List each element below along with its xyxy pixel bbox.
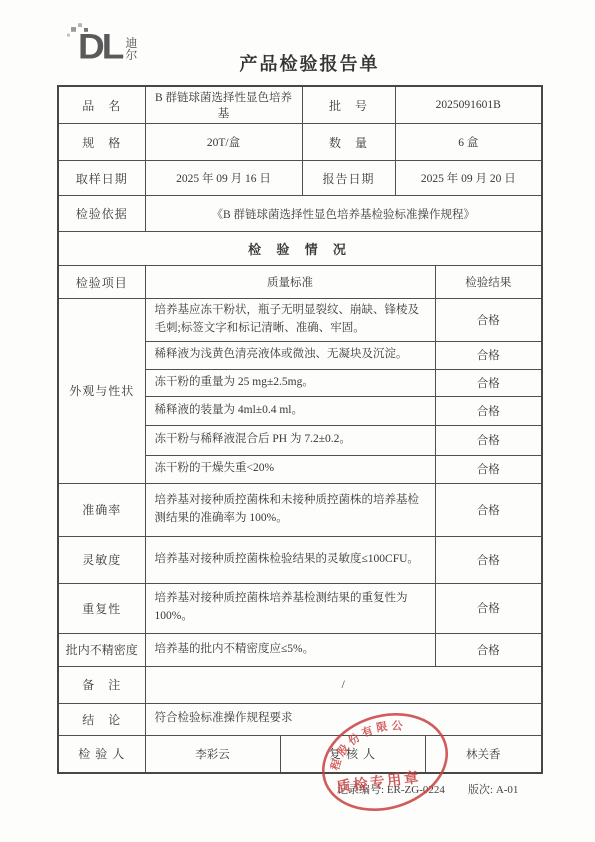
header-standard: 质量标准 [145,266,435,299]
inspection-basis-value: 《B 群链球菌选择性显色培养基检验标准操作规程》 [145,196,542,232]
table-row: 外观与性状 培养基应冻干粉状，瓶子无明显裂纹、崩缺、锋棱及毛刺;标签文字和标记清… [58,299,542,342]
table-row: 检验依据 《B 群链球菌选择性显色培养基检验标准操作规程》 [58,196,542,232]
quantity-label: 数 量 [302,124,395,161]
standard-cell: 冻干粉的干燥失重<20% [145,455,435,483]
logo-pixel-dot [84,28,88,32]
standard-cell: 培养基对接种质控菌株和未接种质控菌株的培养基检测结果的准确率为 100%。 [145,483,435,536]
report-date-label: 报告日期 [302,161,395,196]
result-cell: 合格 [435,299,542,342]
version-value: A-01 [496,784,519,796]
page-title: 产品检验报告单 [12,50,595,76]
standard-cell: 培养基应冻干粉状，瓶子无明显裂纹、崩缺、锋棱及毛刺;标签文字和标记清晰、准确、牢… [145,299,435,342]
remark-label: 备 注 [58,666,145,703]
header-item: 检验项目 [58,266,145,299]
conclusion-label: 结 论 [58,703,145,735]
inspector-name: 李彩云 [145,735,280,773]
conclusion-value: 符合检验标准操作规程要求 [145,703,542,735]
table-row: 取样日期 2025 年 09 月 16 日 报告日期 2025 年 09 月 2… [58,161,542,196]
header-result: 检验结果 [435,266,542,299]
batch-no-label: 批 号 [302,86,395,124]
accuracy-item-cell: 准确率 [58,483,145,536]
standard-cell: 培养基对接种质控菌株培养基检测结果的重复性为 100%。 [145,583,435,633]
table-row: 准确率 培养基对接种质控菌株和未接种质控菌株的培养基检测结果的准确率为 100%… [58,483,542,536]
section-title: 检 验 情 况 [58,232,542,266]
table-row: 批内不精密度 培养基的批内不精密度应≤5%。 合格 [58,633,542,666]
sampling-date-value: 2025 年 09 月 16 日 [145,161,302,196]
version-label: 版次: [468,784,493,796]
report-page: DL 迪 尔 产品检验报告单 品 名 B 群链球菌选择性显色培养基 批 号 20… [0,0,595,842]
table-row: 重复性 培养基对接种质控菌株培养基检测结果的重复性为 100%。 合格 [58,583,542,633]
result-cell: 合格 [435,455,542,483]
result-cell: 合格 [435,536,542,583]
result-cell: 合格 [435,396,542,425]
quantity-value: 6 盒 [395,124,542,161]
logo-pixel-dot [71,27,76,32]
result-cell: 合格 [435,633,542,666]
remark-value: / [145,666,542,703]
standard-cell: 冻干粉与稀释液混合后 PH 为 7.2±0.2。 [145,425,435,455]
result-cell: 合格 [435,341,542,369]
inspector-label: 检 验 人 [58,735,145,773]
spec-value: 20T/盒 [145,124,302,161]
table-row: 灵敏度 培养基对接种质控菌株检验结果的灵敏度≤100CFU。 合格 [58,536,542,583]
result-cell: 合格 [435,583,542,633]
column-header-row: 检验项目 质量标准 检验结果 [58,266,542,299]
report-date-value: 2025 年 09 月 20 日 [395,161,542,196]
table-row: 结 论 符合检验标准操作规程要求 [58,703,542,735]
repeatability-item-cell: 重复性 [58,583,145,633]
standard-cell: 稀释液为浅黄色清亮液体或微浊、无凝块及沉淀。 [145,341,435,369]
standard-cell: 培养基的批内不精密度应≤5%。 [145,633,435,666]
logo-pixel-dot [67,34,70,37]
table-row: 品 名 B 群链球菌选择性显色培养基 批 号 2025091601B [58,86,542,124]
standard-cell: 稀释液的装量为 4ml±0.4 ml。 [145,396,435,425]
batch-no-value: 2025091601B [395,86,542,124]
standard-cell: 冻干粉的重量为 25 mg±2.5mg。 [145,369,435,396]
sampling-date-label: 取样日期 [58,161,145,196]
logo-pixel-dot [78,23,82,27]
inspection-basis-label: 检验依据 [58,196,145,232]
report-table: 品 名 B 群链球菌选择性显色培养基 批 号 2025091601B 规 格 2… [57,85,543,774]
sensitivity-item-cell: 灵敏度 [58,536,145,583]
section-header-row: 检 验 情 况 [58,232,542,266]
spec-label: 规 格 [58,124,145,161]
result-cell: 合格 [435,483,542,536]
signature-row: 检 验 人 李彩云 复 核 人 林关香 [58,735,542,773]
reviewer-name: 林关香 [425,735,542,773]
product-name-label: 品 名 [58,86,145,124]
product-name-value: B 群链球菌选择性显色培养基 [145,86,302,124]
table-row: 备 注 / [58,666,542,703]
version-number: 版次: A-01 [468,781,518,797]
result-cell: 合格 [435,425,542,455]
appearance-item-cell: 外观与性状 [58,299,145,484]
imprecision-item-cell: 批内不精密度 [58,633,145,666]
table-row: 规 格 20T/盒 数 量 6 盒 [58,124,542,161]
result-cell: 合格 [435,369,542,396]
standard-cell: 培养基对接种质控菌株检验结果的灵敏度≤100CFU。 [145,536,435,583]
